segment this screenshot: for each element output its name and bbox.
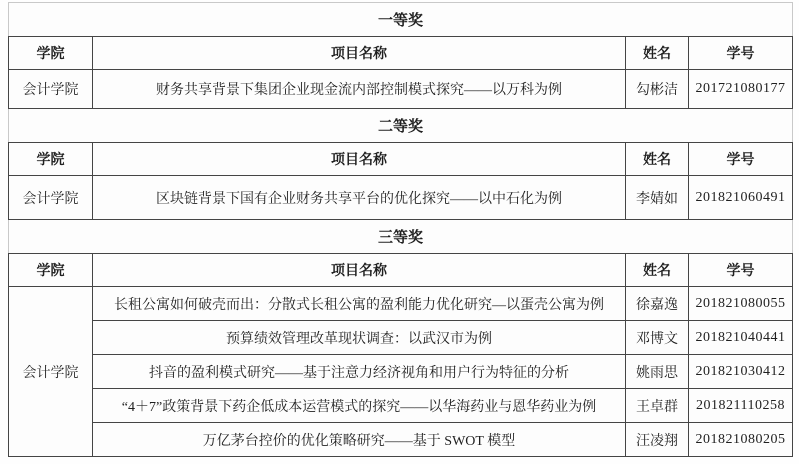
project-cell: “4＋7”政策背景下药企低成本运营模式的探究——以华海药业与恩华药业为例 xyxy=(93,389,626,423)
column-header-name: 姓名 xyxy=(626,37,689,70)
prize-section-row: 一等奖 xyxy=(9,3,793,37)
student-id-cell: 201721080177 xyxy=(689,70,793,109)
column-header-college: 学院 xyxy=(9,254,93,287)
column-header-college: 学院 xyxy=(9,37,93,70)
project-cell: 财务共享背景下集团企业现金流内部控制模式探究——以万科为例 xyxy=(93,70,626,109)
table-row: “4＋7”政策背景下药企低成本运营模式的探究——以华海药业与恩华药业为例 王卓群… xyxy=(9,389,793,423)
column-header-name: 姓名 xyxy=(626,254,689,287)
prize-section-row: 三等奖 xyxy=(9,220,793,254)
table-row: 会计学院 区块链背景下国有企业财务共享平台的优化探究——以中石化为例 李婧如 2… xyxy=(9,176,793,220)
student-id-cell: 201821080205 xyxy=(689,423,793,457)
student-id-cell: 201821110258 xyxy=(689,389,793,423)
column-header-name: 姓名 xyxy=(626,143,689,176)
column-header-student-id: 学号 xyxy=(689,143,793,176)
name-cell: 汪凌翔 xyxy=(626,423,689,457)
column-header-student-id: 学号 xyxy=(689,254,793,287)
prize-section-title: 一等奖 xyxy=(9,3,793,37)
prize-section-title: 三等奖 xyxy=(9,220,793,254)
project-cell: 抖音的盈利模式研究——基于注意力经济视角和用户行为特征的分析 xyxy=(93,355,626,389)
project-cell: 万亿茅台控价的优化策略研究——基于 SWOT 模型 xyxy=(93,423,626,457)
prize-section-row: 二等奖 xyxy=(9,109,793,143)
student-id-cell: 201821030412 xyxy=(689,355,793,389)
project-cell: 长租公寓如何破壳而出：分散式长租公寓的盈利能力优化研究—以蛋壳公寓为例 xyxy=(93,287,626,321)
column-header-project: 项目名称 xyxy=(93,254,626,287)
project-cell: 区块链背景下国有企业财务共享平台的优化探究——以中石化为例 xyxy=(93,176,626,220)
prize-section-title: 二等奖 xyxy=(9,109,793,143)
table-row: 会计学院 财务共享背景下集团企业现金流内部控制模式探究——以万科为例 勾彬洁 2… xyxy=(9,70,793,109)
table-header-row: 学院 项目名称 姓名 学号 xyxy=(9,254,793,287)
table-row: 万亿茅台控价的优化策略研究——基于 SWOT 模型 汪凌翔 2018210802… xyxy=(9,423,793,457)
college-cell: 会计学院 xyxy=(9,176,93,220)
college-cell-merged: 会计学院 xyxy=(9,287,93,457)
column-header-project: 项目名称 xyxy=(93,37,626,70)
student-id-cell: 201821060491 xyxy=(689,176,793,220)
column-header-college: 学院 xyxy=(9,143,93,176)
table-row: 预算绩效管理改革现状调查：以武汉市为例 邓博文 201821040441 xyxy=(9,321,793,355)
name-cell: 邓博文 xyxy=(626,321,689,355)
page: 一等奖 学院 项目名称 姓名 学号 会计学院 财务共享背景下集团企业现金流内部控… xyxy=(0,0,799,464)
awards-table: 一等奖 学院 项目名称 姓名 学号 会计学院 财务共享背景下集团企业现金流内部控… xyxy=(8,2,793,457)
student-id-cell: 201821040441 xyxy=(689,321,793,355)
table-row: 抖音的盈利模式研究——基于注意力经济视角和用户行为特征的分析 姚雨思 20182… xyxy=(9,355,793,389)
table-header-row: 学院 项目名称 姓名 学号 xyxy=(9,143,793,176)
column-header-project: 项目名称 xyxy=(93,143,626,176)
student-id-cell: 201821080055 xyxy=(689,287,793,321)
project-cell: 预算绩效管理改革现状调查：以武汉市为例 xyxy=(93,321,626,355)
name-cell: 王卓群 xyxy=(626,389,689,423)
name-cell: 徐嘉逸 xyxy=(626,287,689,321)
college-cell: 会计学院 xyxy=(9,70,93,109)
table-row: 会计学院 长租公寓如何破壳而出：分散式长租公寓的盈利能力优化研究—以蛋壳公寓为例… xyxy=(9,287,793,321)
name-cell: 姚雨思 xyxy=(626,355,689,389)
name-cell: 勾彬洁 xyxy=(626,70,689,109)
name-cell: 李婧如 xyxy=(626,176,689,220)
table-header-row: 学院 项目名称 姓名 学号 xyxy=(9,37,793,70)
column-header-student-id: 学号 xyxy=(689,37,793,70)
